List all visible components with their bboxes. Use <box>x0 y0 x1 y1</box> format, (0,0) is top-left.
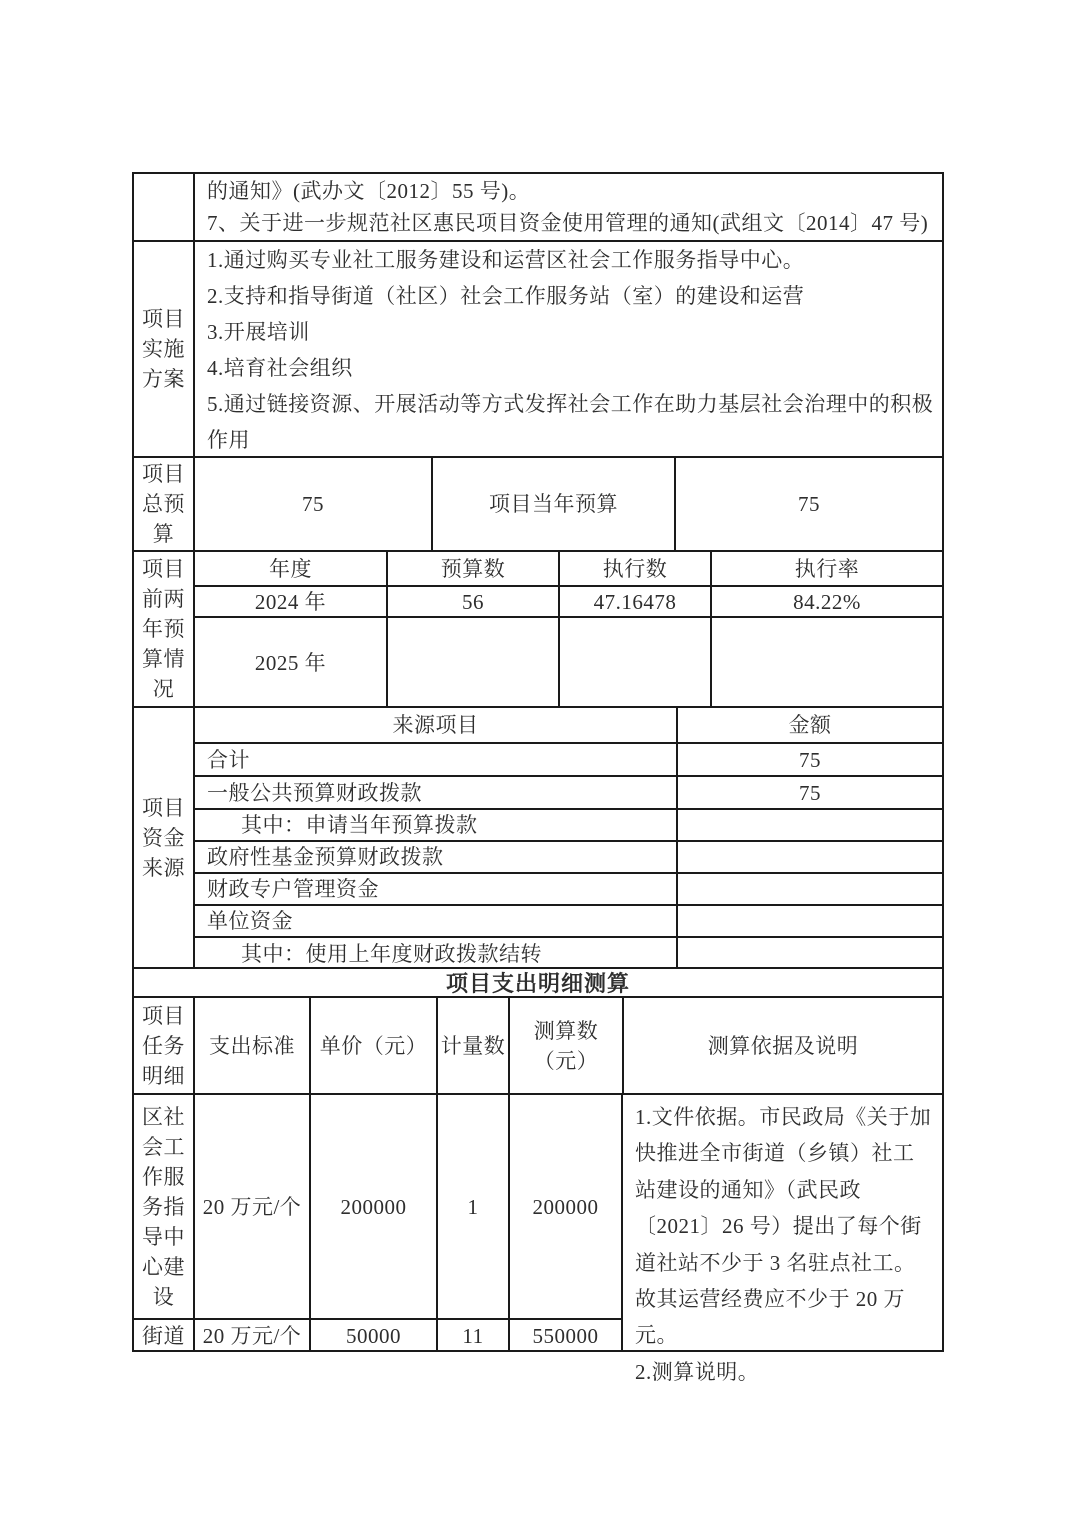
implementation-plan-label: 项目实施方案 <box>134 242 193 456</box>
funding-amount <box>676 938 942 969</box>
section-prior-basis-continuation: 的通知》(武办文〔2012〕55 号)。 7、关于进一步规范社区惠民项目资金使用… <box>134 174 942 240</box>
funding-row-government-fund: 政府性基金预算财政拨款 <box>195 840 942 872</box>
table-header-row: 年度 预算数 执行数 执行率 <box>195 552 942 585</box>
previous-two-years-label: 项目前两年预算情况 <box>134 552 193 706</box>
header-amount: 金额 <box>676 708 942 742</box>
continuation-line-1: 的通知》(武办文〔2012〕55 号)。 <box>207 175 932 207</box>
header-year: 年度 <box>195 552 386 585</box>
header-calculation-basis: 测算依据及说明 <box>622 998 942 1093</box>
funding-amount: 75 <box>676 744 942 775</box>
funding-sources-label: 项目资金来源 <box>134 708 193 967</box>
document-page: 的通知》(武办文〔2012〕55 号)。 7、关于进一步规范社区惠民项目资金使用… <box>0 0 1074 1520</box>
funding-row-carryover: 其中：使用上年度财政拨款结转 <box>195 936 942 969</box>
expenditure-row-guidance-center: 区社会工作服务指导中心建设 20 万元/个 200000 1 200000 <box>134 1095 621 1318</box>
expenditure-title: 项目支出明细测算 <box>134 969 942 996</box>
header-quantity: 计量数 <box>436 998 508 1093</box>
header-budget: 预算数 <box>386 552 558 585</box>
current-year-budget-value: 75 <box>674 458 942 550</box>
section-total-budget: 项目总预算 75 项目当年预算 75 <box>134 456 942 550</box>
continuation-line-2: 7、关于进一步规范社区惠民项目资金使用管理的通知(武组文〔2014〕47 号) <box>207 207 932 239</box>
funding-sources-grid: 来源项目 金额 合计 75 一般公共预算财政拨款 75 其中：申请当年预算拨款 … <box>193 708 942 967</box>
funding-amount <box>676 842 942 872</box>
quantity: 1 <box>436 1095 508 1318</box>
funding-name: 单位资金 <box>195 906 676 936</box>
expenditure-rows-grid: 区社会工作服务指导中心建设 20 万元/个 200000 1 200000 街道… <box>134 1095 621 1350</box>
funding-row-total: 合计 75 <box>195 742 942 775</box>
header-calculated-amount: 测算数（元） <box>508 998 622 1093</box>
header-source-item: 来源项目 <box>195 708 676 742</box>
funding-name: 政府性基金预算财政拨款 <box>195 842 676 872</box>
expenditure-standard: 20 万元/个 <box>193 1095 309 1318</box>
funding-row-current-year-application: 其中：申请当年预算拨款 <box>195 808 942 840</box>
funding-name: 其中：使用上年度财政拨款结转 <box>195 938 676 969</box>
table-row-2025: 2025 年 <box>195 616 942 708</box>
implementation-item-2: 2.支持和指导街道（社区）社会工作服务站（室）的建设和运营 <box>207 278 934 314</box>
section-funding-sources: 项目资金来源 来源项目 金额 合计 75 一般公共预算财政拨款 75 其中：申请… <box>134 706 942 967</box>
expenditure-standard: 20 万元/个 <box>193 1320 309 1352</box>
funding-row-special-account: 财政专户管理资金 <box>195 872 942 904</box>
implementation-item-1: 1.通过购买专业社工服务建设和运营区社会工作服务指导中心。 <box>207 242 934 278</box>
section-expenditure-title: 项目支出明细测算 <box>134 967 942 996</box>
implementation-item-5: 5.通过链接资源、开展活动等方式发挥社会工作在助力基层社会治理中的积极作用 <box>207 386 934 458</box>
calculated-amount: 550000 <box>508 1320 621 1352</box>
funding-amount <box>676 874 942 904</box>
calculated-amount: 200000 <box>508 1095 621 1318</box>
quantity: 11 <box>436 1320 508 1352</box>
funding-name: 合计 <box>195 744 676 775</box>
total-budget-value: 75 <box>193 458 431 550</box>
empty-label-cell <box>134 174 193 240</box>
header-task-detail: 项目任务明细 <box>134 998 193 1093</box>
funding-amount <box>676 810 942 840</box>
total-budget-label: 项目总预算 <box>134 458 193 550</box>
rate-2024: 84.22% <box>710 587 942 616</box>
project-budget-table: 的通知》(武办文〔2012〕55 号)。 7、关于进一步规范社区惠民项目资金使用… <box>132 172 944 1352</box>
section-expenditure-rows: 区社会工作服务指导中心建设 20 万元/个 200000 1 200000 街道… <box>134 1093 942 1350</box>
current-year-budget-label: 项目当年预算 <box>431 458 674 550</box>
budget-2025 <box>386 618 558 708</box>
task-name: 街道 <box>134 1320 193 1352</box>
header-executed: 执行数 <box>558 552 710 585</box>
implementation-plan-content: 1.通过购买专业社工服务建设和运营区社会工作服务指导中心。 2.支持和指导街道（… <box>193 242 942 456</box>
header-unit-price: 单价（元） <box>309 998 436 1093</box>
funding-name: 财政专户管理资金 <box>195 874 676 904</box>
funding-amount: 75 <box>676 777 942 808</box>
rate-2025 <box>710 618 942 708</box>
funding-row-unit-funds: 单位资金 <box>195 904 942 936</box>
section-previous-two-years: 项目前两年预算情况 年度 预算数 执行数 执行率 2024 年 56 47.16… <box>134 550 942 706</box>
section-expenditure-header: 项目任务明细 支出标准 单价（元） 计量数 测算数（元） 测算依据及说明 <box>134 996 942 1093</box>
executed-2025 <box>558 618 710 708</box>
calculation-basis-text: 1.文件依据。市民政局《关于加快推进全市街道（乡镇）社工站建设的通知》（武民政〔… <box>621 1095 942 1350</box>
unit-price: 50000 <box>309 1320 436 1352</box>
implementation-item-3: 3.开展培训 <box>207 314 934 350</box>
continuation-text-cell: 的通知》(武办文〔2012〕55 号)。 7、关于进一步规范社区惠民项目资金使用… <box>193 174 942 240</box>
executed-2024: 47.16478 <box>558 587 710 616</box>
year-2024: 2024 年 <box>195 587 386 616</box>
header-expenditure-standard: 支出标准 <box>193 998 309 1093</box>
unit-price: 200000 <box>309 1095 436 1318</box>
section-implementation-plan: 项目实施方案 1.通过购买专业社工服务建设和运营区社会工作服务指导中心。 2.支… <box>134 240 942 456</box>
funding-amount <box>676 906 942 936</box>
previous-two-years-grid: 年度 预算数 执行数 执行率 2024 年 56 47.16478 84.22%… <box>193 552 942 706</box>
implementation-item-4: 4.培育社会组织 <box>207 350 934 386</box>
expenditure-row-street: 街道 20 万元/个 50000 11 550000 <box>134 1318 621 1352</box>
funding-name: 一般公共预算财政拨款 <box>195 777 676 808</box>
header-execution-rate: 执行率 <box>710 552 942 585</box>
funding-name: 其中：申请当年预算拨款 <box>195 810 676 840</box>
task-name: 区社会工作服务指导中心建设 <box>134 1095 193 1318</box>
funding-row-general-public-budget: 一般公共预算财政拨款 75 <box>195 775 942 808</box>
table-row-2024: 2024 年 56 47.16478 84.22% <box>195 585 942 616</box>
budget-2024: 56 <box>386 587 558 616</box>
year-2025: 2025 年 <box>195 618 386 708</box>
table-header-row: 来源项目 金额 <box>195 708 942 742</box>
